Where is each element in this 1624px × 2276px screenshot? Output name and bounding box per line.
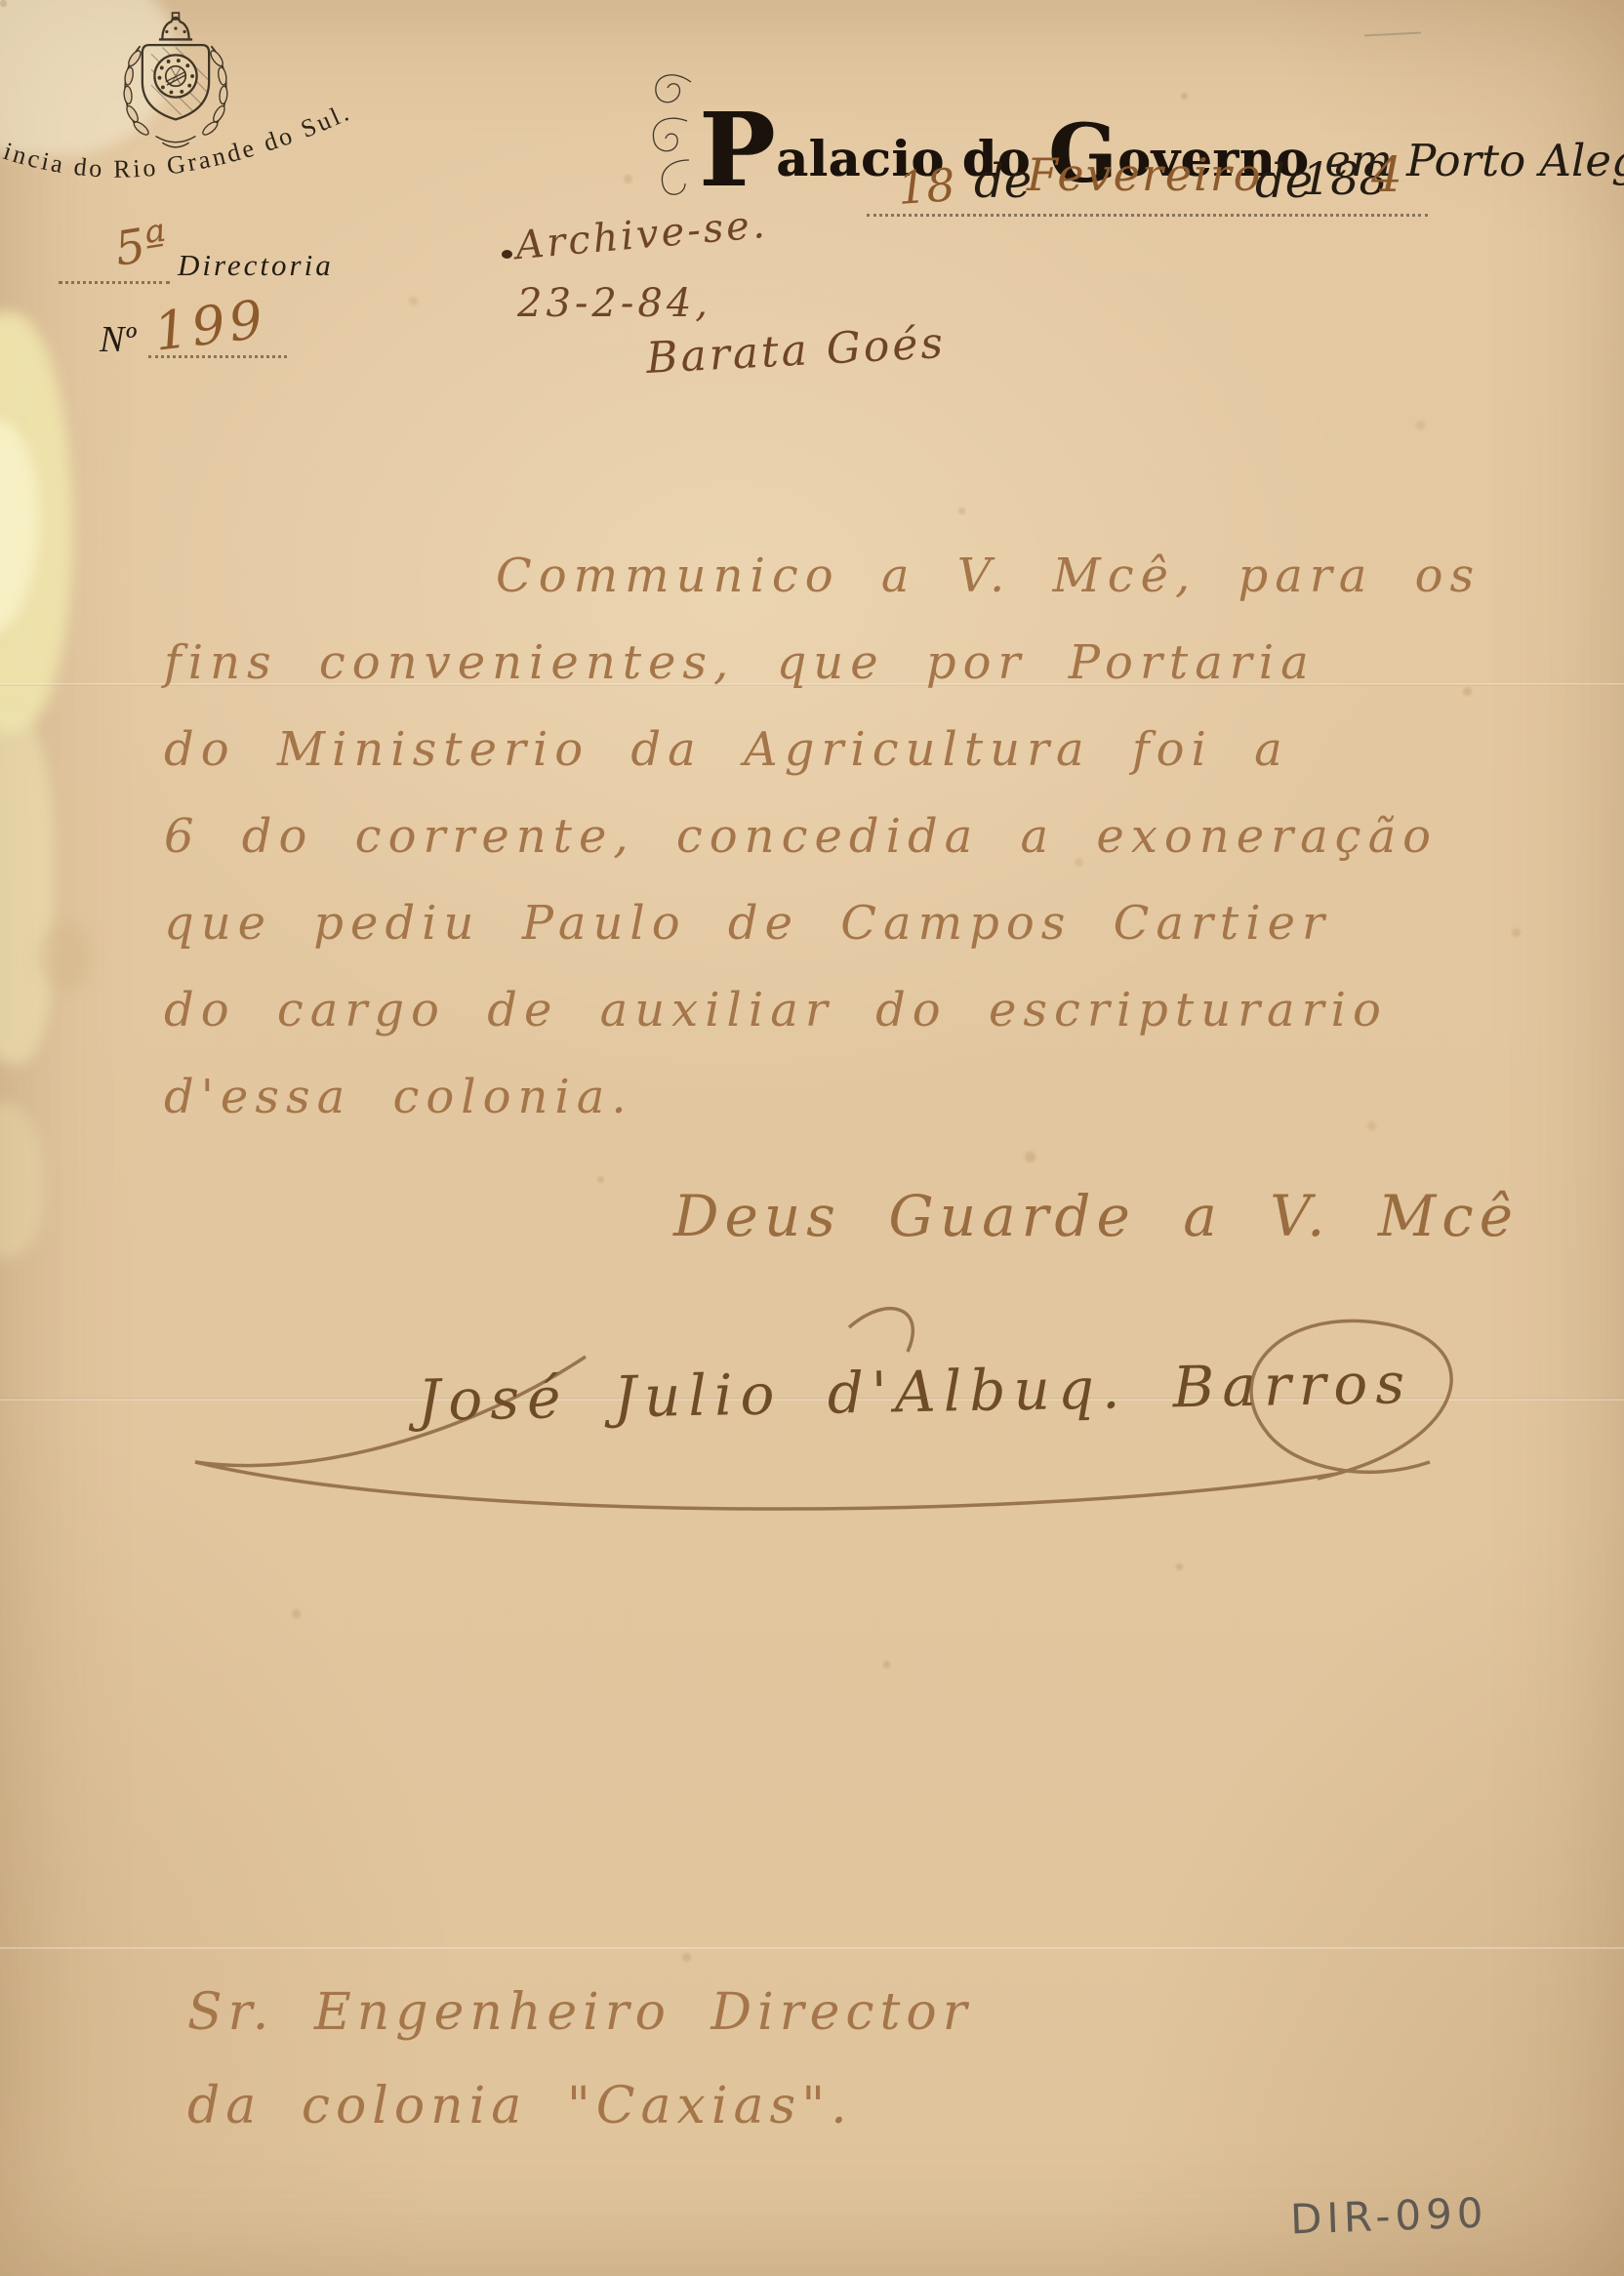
stain bbox=[0, 1103, 44, 1259]
body-line: do cargo de auxiliar do escripturario bbox=[164, 967, 1550, 1054]
letterhead-initial-p: P bbox=[699, 109, 776, 190]
despatch-signature: Barata Goés bbox=[645, 318, 947, 384]
directoria-rule bbox=[59, 281, 170, 284]
fold-crease bbox=[0, 1947, 1624, 1949]
addressee-line-2: da colonia "Caxias". bbox=[187, 2077, 853, 2135]
archival-code: DIR-090 bbox=[1289, 2188, 1488, 2243]
body-line: Communico a V. Mcê, para os bbox=[164, 533, 1550, 620]
stamp-caption: incia do Rio Grande do Sul. bbox=[0, 68, 410, 205]
date-month: Fevereiro bbox=[1027, 148, 1262, 201]
despatch-archive-note: Archive-se. bbox=[513, 202, 769, 268]
foxing-spots bbox=[0, 0, 7, 7]
svg-text:incia do Rio Grande do Sul.: incia do Rio Grande do Sul. bbox=[0, 98, 355, 183]
stain bbox=[0, 420, 39, 634]
directoria-label: Directoria bbox=[178, 248, 334, 283]
ink-blot bbox=[502, 250, 512, 259]
date-day: 18 bbox=[896, 158, 956, 215]
numero-value: 199 bbox=[151, 288, 270, 363]
body-line: d'essa colonia. bbox=[164, 1054, 1550, 1141]
letter-body: Communico a V. Mcê, para os fins conveni… bbox=[164, 533, 1550, 1141]
stain bbox=[0, 712, 54, 1064]
body-line: do Ministerio da Agricultura foi a bbox=[164, 707, 1550, 793]
numero-label: Nº bbox=[100, 318, 136, 361]
flourish-icon bbox=[642, 62, 699, 209]
despatch-date: 23-2-84, bbox=[517, 281, 711, 326]
date-de-1: de bbox=[974, 154, 1032, 209]
stain bbox=[0, 312, 73, 732]
body-line: 6 do corrente, concedida a exoneração bbox=[164, 793, 1550, 880]
date-rule bbox=[867, 214, 1428, 217]
stamp-caption-text: incia do Rio Grande do Sul. bbox=[0, 98, 355, 183]
directoria-value: 5ª bbox=[111, 215, 171, 277]
document-page: incia do Rio Grande do Sul. Palacio do G… bbox=[0, 0, 1624, 2276]
stain bbox=[39, 922, 93, 991]
body-line: fins convenientes, que por Portaria bbox=[164, 620, 1550, 707]
date-year-digit: 4 bbox=[1371, 146, 1402, 203]
body-line: que pediu Paulo de Campos Cartier bbox=[164, 880, 1550, 967]
valediction: Deus Guarde a V. Mcê bbox=[673, 1183, 1519, 1249]
addressee-line-1: Sr. Engenheiro Director bbox=[187, 1983, 973, 2042]
